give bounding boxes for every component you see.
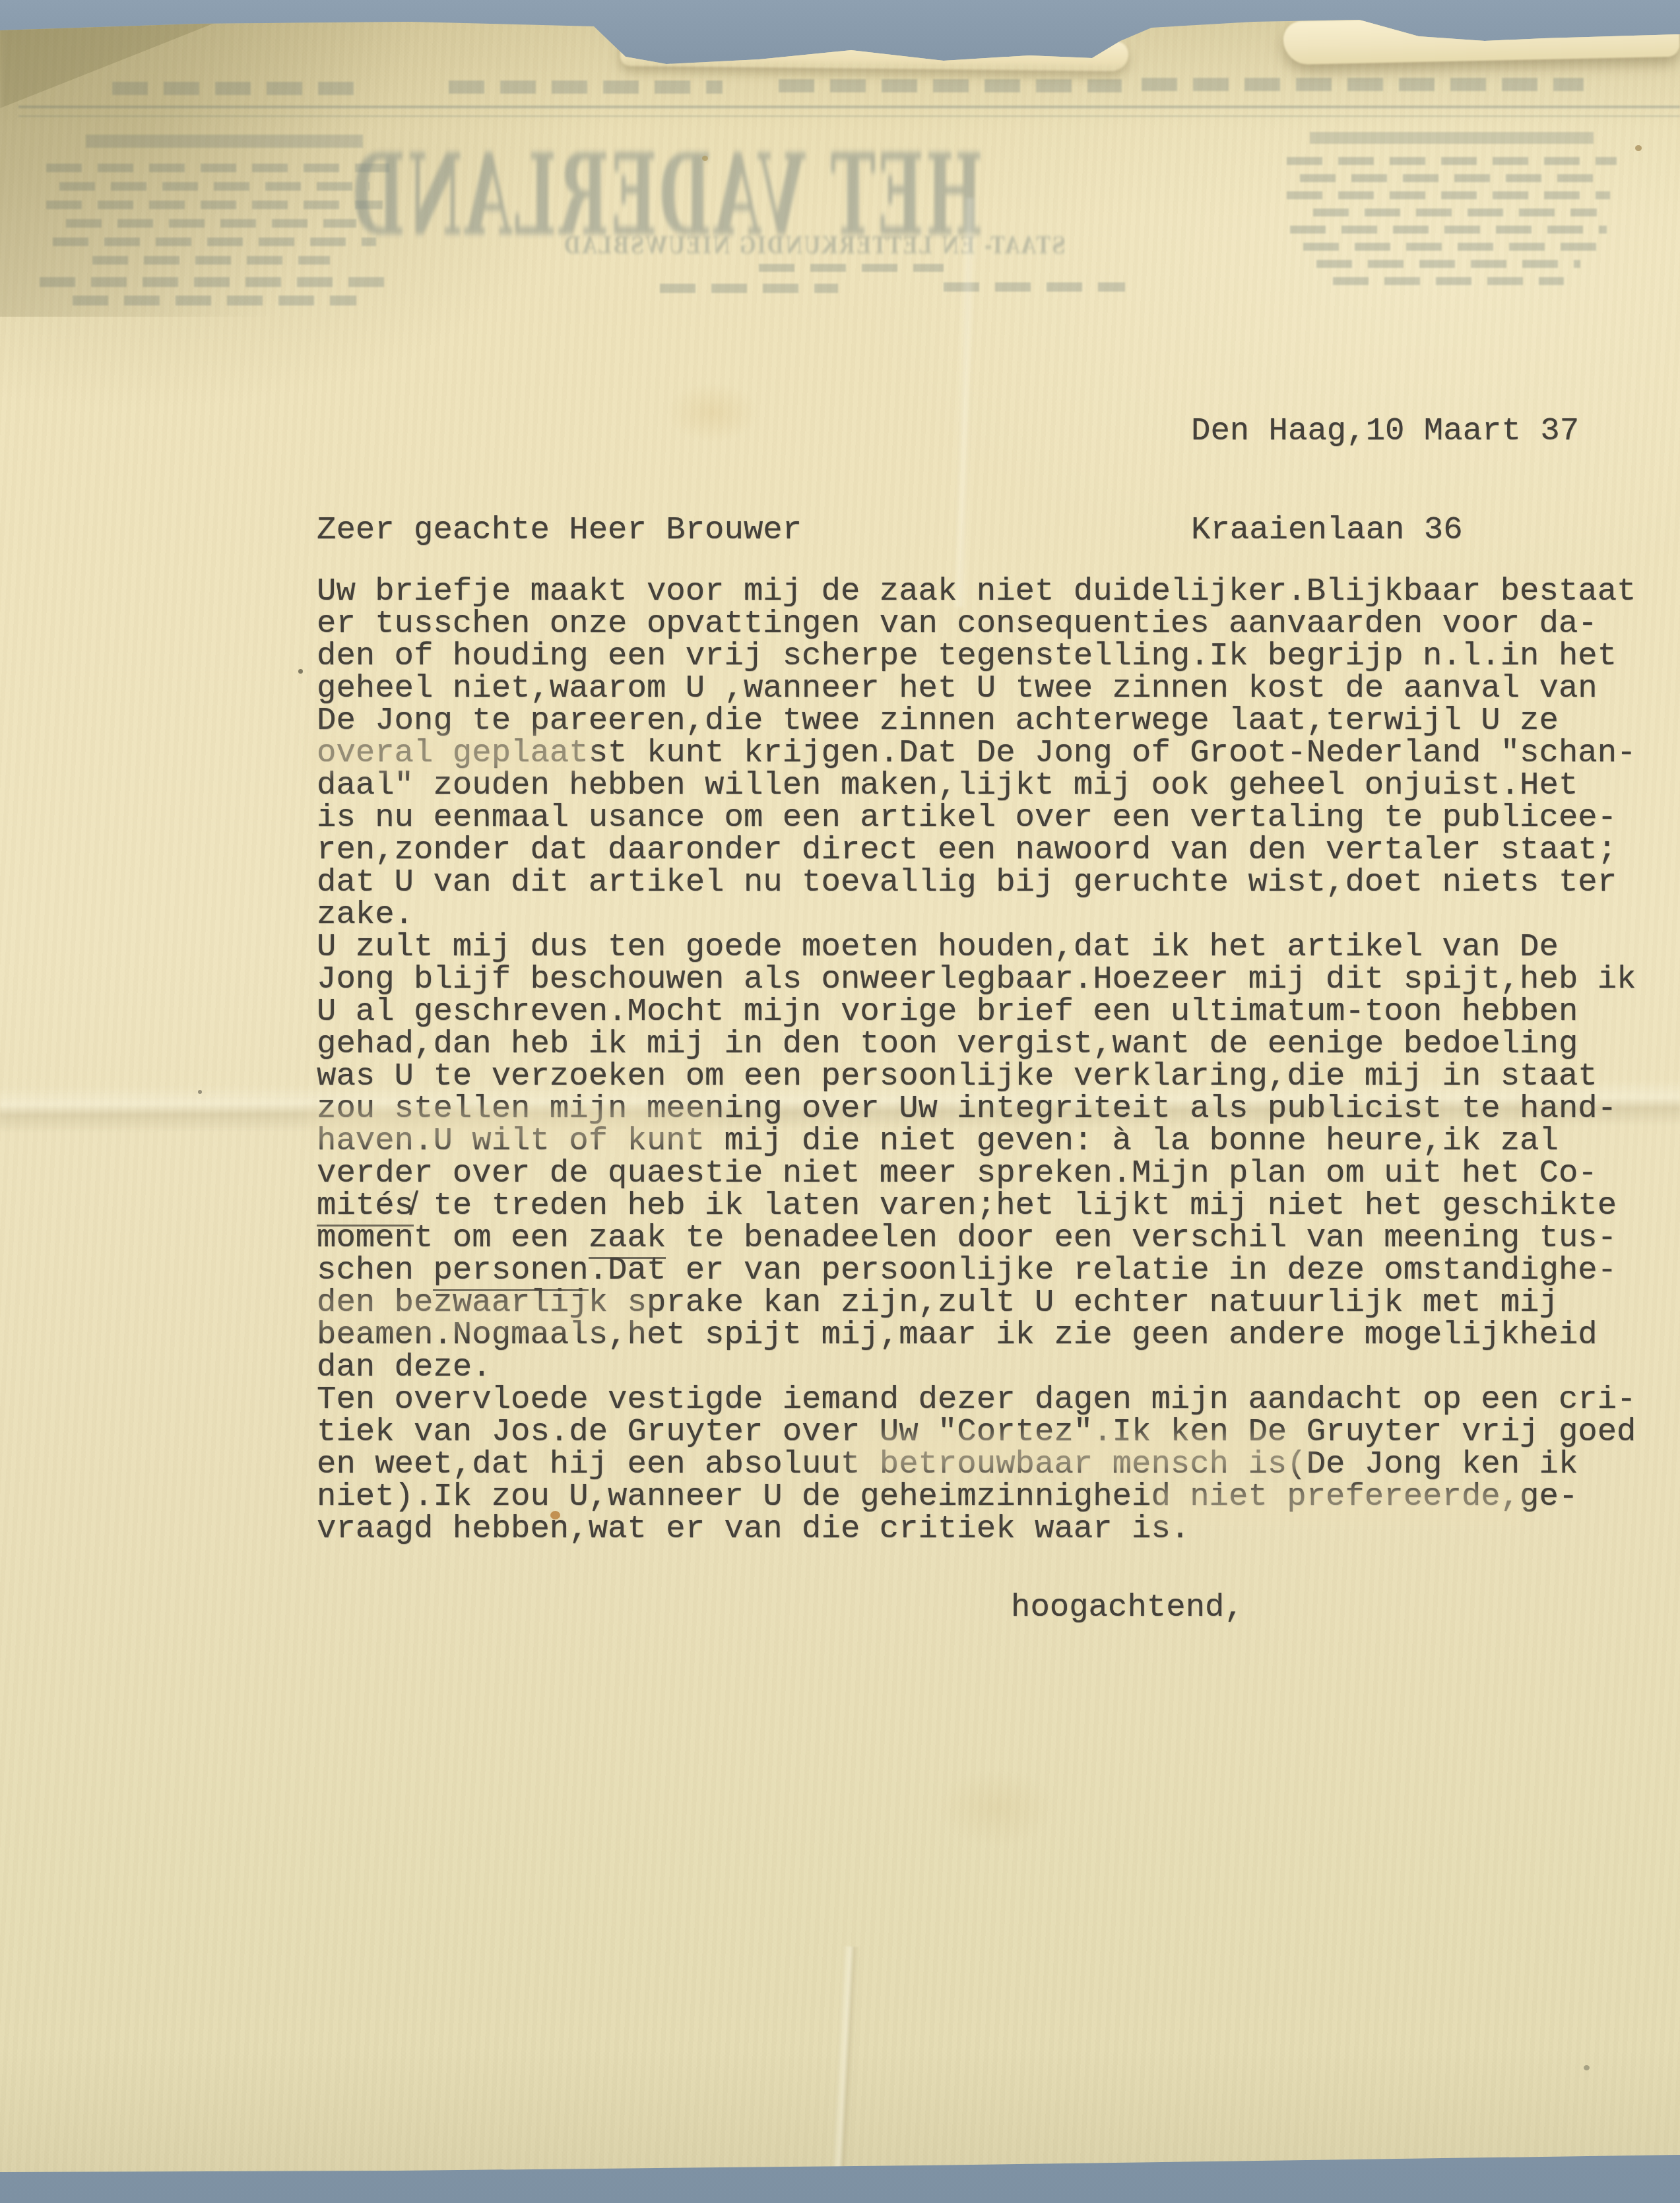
letter-body-line: beamen.Nogmaals,het spijt mij,maar ik zi… — [317, 1319, 1636, 1351]
paper-speck — [298, 669, 303, 674]
letter-body-line: dan deze. — [317, 1351, 1636, 1384]
date-line-2: Kraaienlaan 36 — [1191, 513, 1579, 546]
letterhead-right-block-line — [1313, 208, 1597, 216]
letter-body-line: Uw briefje maakt voor mij de zaak niet d… — [317, 575, 1636, 608]
letter-paper: HET VADERLAND STAAT- EN LETTERKUNDIG NIE… — [0, 0, 1680, 2203]
letter-body-line: U zult mij dus ten goede moeten houden,d… — [317, 931, 1636, 963]
letterhead-top-row-segment — [449, 80, 723, 94]
letterhead-center-line — [759, 264, 944, 272]
letter-body-line: moment om een zaak te benadeelen door ee… — [317, 1222, 1636, 1254]
letter-body-line: is nu eenmaal usance om een artikel over… — [317, 802, 1636, 834]
scanned-letter-page: HET VADERLAND STAAT- EN LETTERKUNDIG NIE… — [0, 0, 1680, 2203]
letterhead-left-block-line — [66, 219, 356, 228]
bottom-vertical-crease — [831, 1946, 860, 2178]
paper-speck — [1635, 145, 1642, 151]
letterhead-left-block-line — [92, 256, 330, 265]
letterhead-left-block-line — [73, 296, 356, 305]
letter-body-line: dat U van dit artikel nu toevallig bij g… — [317, 866, 1636, 899]
letter-body-line: U al geschreven.Mocht mijn vorige brief … — [317, 996, 1636, 1028]
letterhead-left-block-line — [46, 201, 383, 209]
letter-body-line: den bezwaarlijk sprake kan zijn,zult U e… — [317, 1287, 1636, 1319]
letterhead-left-block-line — [46, 164, 389, 172]
letter-body-line: schen personen.Dat er van persoonlijke r… — [317, 1254, 1636, 1287]
letter-body-line: den of houding een vrij scherpe tegenste… — [317, 640, 1636, 672]
letter-body-line: daal" zouden hebben willen maken,lijkt m… — [317, 769, 1636, 802]
letterhead-double-rule — [18, 106, 1680, 117]
letter-body-line: en weet,dat hij een absoluut betrouwbaar… — [317, 1448, 1636, 1481]
letter-body-line: mités̸ te treden heb ik laten varen;het … — [317, 1190, 1636, 1222]
letter-body-line: vraagd hebben,wat er van die critiek waa… — [317, 1513, 1636, 1545]
letter-body-line: er tusschen onze opvattingen van consequ… — [317, 608, 1636, 640]
paper-speck — [198, 1090, 202, 1094]
letterhead-right-block-line — [1290, 226, 1607, 234]
top-left-fold-corner — [0, 20, 224, 112]
letter-body-line: zake. — [317, 899, 1636, 931]
letterhead-right-block-line — [1333, 277, 1564, 285]
letter-body-line: zou stellen mijn meening over Uw integri… — [317, 1093, 1636, 1125]
letter-body-line: tiek van Jos.de Gruyter over Uw "Cortez"… — [317, 1416, 1636, 1448]
salutation: Zeer geachte Heer Brouwer — [317, 511, 802, 548]
letter-body-line: was U te verzoeken om een persoonlijke v… — [317, 1060, 1636, 1093]
letterhead-right-block-line — [1316, 260, 1580, 268]
letter-body: Uw briefje maakt voor mij de zaak niet d… — [317, 575, 1636, 1545]
paper-speck — [702, 156, 708, 161]
letterhead-left-block-line — [59, 182, 370, 191]
letterhead-left-block-line — [53, 238, 376, 246]
torn-edge-curl-right — [1283, 13, 1679, 65]
paper-speck — [550, 1511, 560, 1519]
letterhead-left-block-line — [40, 277, 396, 287]
letterhead-top-row-segment — [1142, 78, 1584, 91]
paper-stain — [666, 383, 759, 442]
letterhead-right-block-heading — [1310, 132, 1594, 144]
letterhead-right-block-line — [1287, 191, 1610, 199]
letter-body-line: niet).Ik zou U,wanneer U de geheimzinnig… — [317, 1481, 1636, 1513]
letterhead-left-block-heading — [86, 135, 363, 148]
letter-body-line: geheel niet,waarom U ,wanneer het U twee… — [317, 672, 1636, 705]
letterhead-top-row-segment — [112, 82, 370, 95]
letterhead-right-block-line — [1300, 174, 1603, 182]
top-vertical-crease — [953, 198, 977, 607]
letter-body-line: Ten overvloede vestigde iemand dezer dag… — [317, 1384, 1636, 1416]
paper-stain — [937, 1768, 1056, 1847]
letterhead-right-block-line — [1303, 243, 1600, 251]
letter-body-line: gehad,dan heb ik mij in den toon vergist… — [317, 1028, 1636, 1060]
date-line-1: Den Haag,10 Maart 37 — [1191, 414, 1579, 447]
masthead-subtitle: STAAT- EN LETTERKUNDIG NIEUWSBLAD — [657, 232, 1066, 259]
paper-speck — [1584, 2065, 1590, 2070]
letter-body-line: ren,zonder dat daaronder direct een nawo… — [317, 834, 1636, 866]
letterhead-right-block-line — [1287, 157, 1617, 165]
letter-body-line: De Jong te pareeren,die twee zinnen acht… — [317, 705, 1636, 737]
masthead-title: HET VADERLAND — [462, 129, 983, 313]
letter-body-line: Jong blijf beschouwen als onweerlegbaar.… — [317, 963, 1636, 996]
letter-body-line: overal geplaatst kunt krijgen.Dat De Jon… — [317, 737, 1636, 769]
letter-body-line: verder over de quaestie niet meer spreke… — [317, 1157, 1636, 1190]
letter-body-line: haven.U wilt of kunt mij die niet geven:… — [317, 1125, 1636, 1157]
closing: hoogachtend, — [1011, 1589, 1244, 1626]
torn-edge-curl-middle — [620, 36, 1128, 71]
letterhead-top-row-segment — [779, 79, 1122, 92]
letterhead-center-line — [660, 284, 838, 293]
